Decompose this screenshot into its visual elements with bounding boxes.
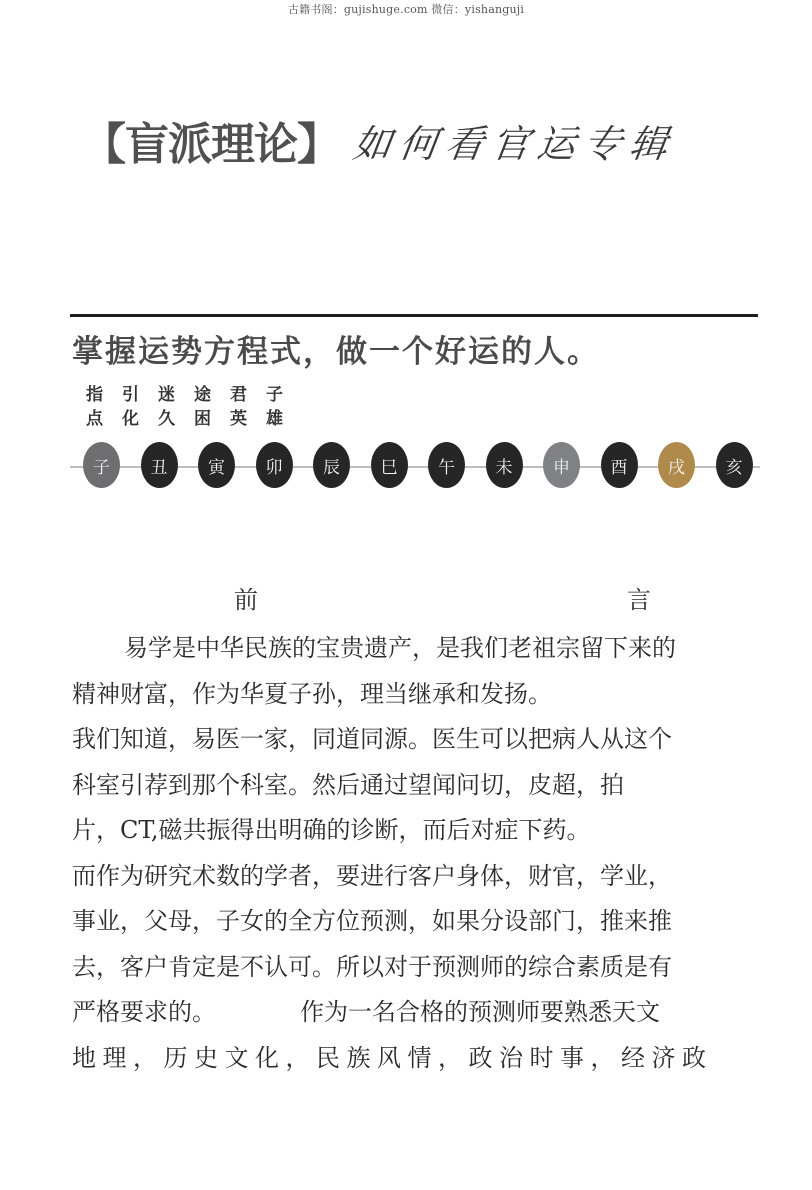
grid-char: 雄 [266, 408, 302, 430]
branch-badge: 辰 [313, 442, 350, 488]
branch-badge: 午 [428, 442, 465, 488]
body-line: 我们知道，易医一家，同道同源。医生可以把病人从这个 [72, 717, 762, 763]
title-category: 【盲派理论】 [82, 108, 340, 172]
grid-char: 君 [230, 384, 266, 406]
document-title: 【盲派理论】 如何看官运专辑 [82, 108, 676, 172]
grid-char: 途 [194, 384, 230, 406]
branch-badge: 寅 [198, 442, 235, 488]
branch-badge: 卯 [256, 442, 293, 488]
slogan: 掌握运势方程式，做一个好运的人。 [72, 326, 600, 371]
branch-list: 子 丑 寅 卯 辰 巳 午 未 申 酉 戌 亥 [83, 442, 753, 488]
branch-badge: 亥 [716, 442, 753, 488]
grid-char: 指 [86, 384, 122, 406]
preface-body: 易学是中华民族的宝贵遗产，是我们老祖宗留下来的 精神财富，作为华夏子孙，理当继承… [72, 626, 762, 1081]
grid-char: 英 [230, 408, 266, 430]
grid-char: 子 [266, 384, 302, 406]
horizontal-rule [70, 314, 758, 317]
earthly-branches-strip: 子 丑 寅 卯 辰 巳 午 未 申 酉 戌 亥 [70, 442, 760, 492]
word-grid: 指 引 迷 途 君 子 点 化 久 困 英 雄 [86, 384, 302, 430]
body-line: 严格要求的。 作为一名合格的预测师要熟悉天文 [72, 990, 762, 1036]
grid-char: 迷 [158, 384, 194, 406]
branch-badge: 子 [83, 442, 120, 488]
body-line: 精神财富，作为华夏子孙，理当继承和发扬。 [72, 672, 762, 718]
grid-char: 点 [86, 408, 122, 430]
title-calligraphy: 如何看官运专辑 [350, 113, 680, 168]
branch-badge: 申 [543, 442, 580, 488]
branch-badge: 丑 [141, 442, 178, 488]
body-line: 去，客户肯定是不认可。所以对于预测师的综合素质是有 [72, 945, 762, 991]
branch-badge: 酉 [601, 442, 638, 488]
grid-char: 久 [158, 408, 194, 430]
watermark-text: 古籍书阁：gujishuge.com 微信：yishanguji [0, 1, 812, 17]
grid-char: 困 [194, 408, 230, 430]
preface-heading-left: 前 [234, 580, 258, 615]
body-line: 事业，父母，子女的全方位预测，如果分设部门，推来推 [72, 899, 762, 945]
body-line: 片，CT,磁共振得出明确的诊断，而后对症下药。 [72, 808, 762, 854]
grid-char: 化 [122, 408, 158, 430]
preface-heading: 前 言 [0, 580, 812, 614]
branch-badge: 未 [486, 442, 523, 488]
body-line: 地理，历史文化，民族风情，政治时事，经济政 [72, 1036, 762, 1082]
body-line: 而作为研究术数的学者，要进行客户身体，财官，学业， [72, 854, 762, 900]
branch-badge: 戌 [658, 442, 695, 488]
grid-char: 引 [122, 384, 158, 406]
preface-heading-right: 言 [627, 580, 651, 615]
body-line: 科室引荐到那个科室。然后通过望闻问切，皮超，拍 [72, 763, 762, 809]
branch-badge: 巳 [371, 442, 408, 488]
body-line: 易学是中华民族的宝贵遗产，是我们老祖宗留下来的 [72, 626, 762, 672]
